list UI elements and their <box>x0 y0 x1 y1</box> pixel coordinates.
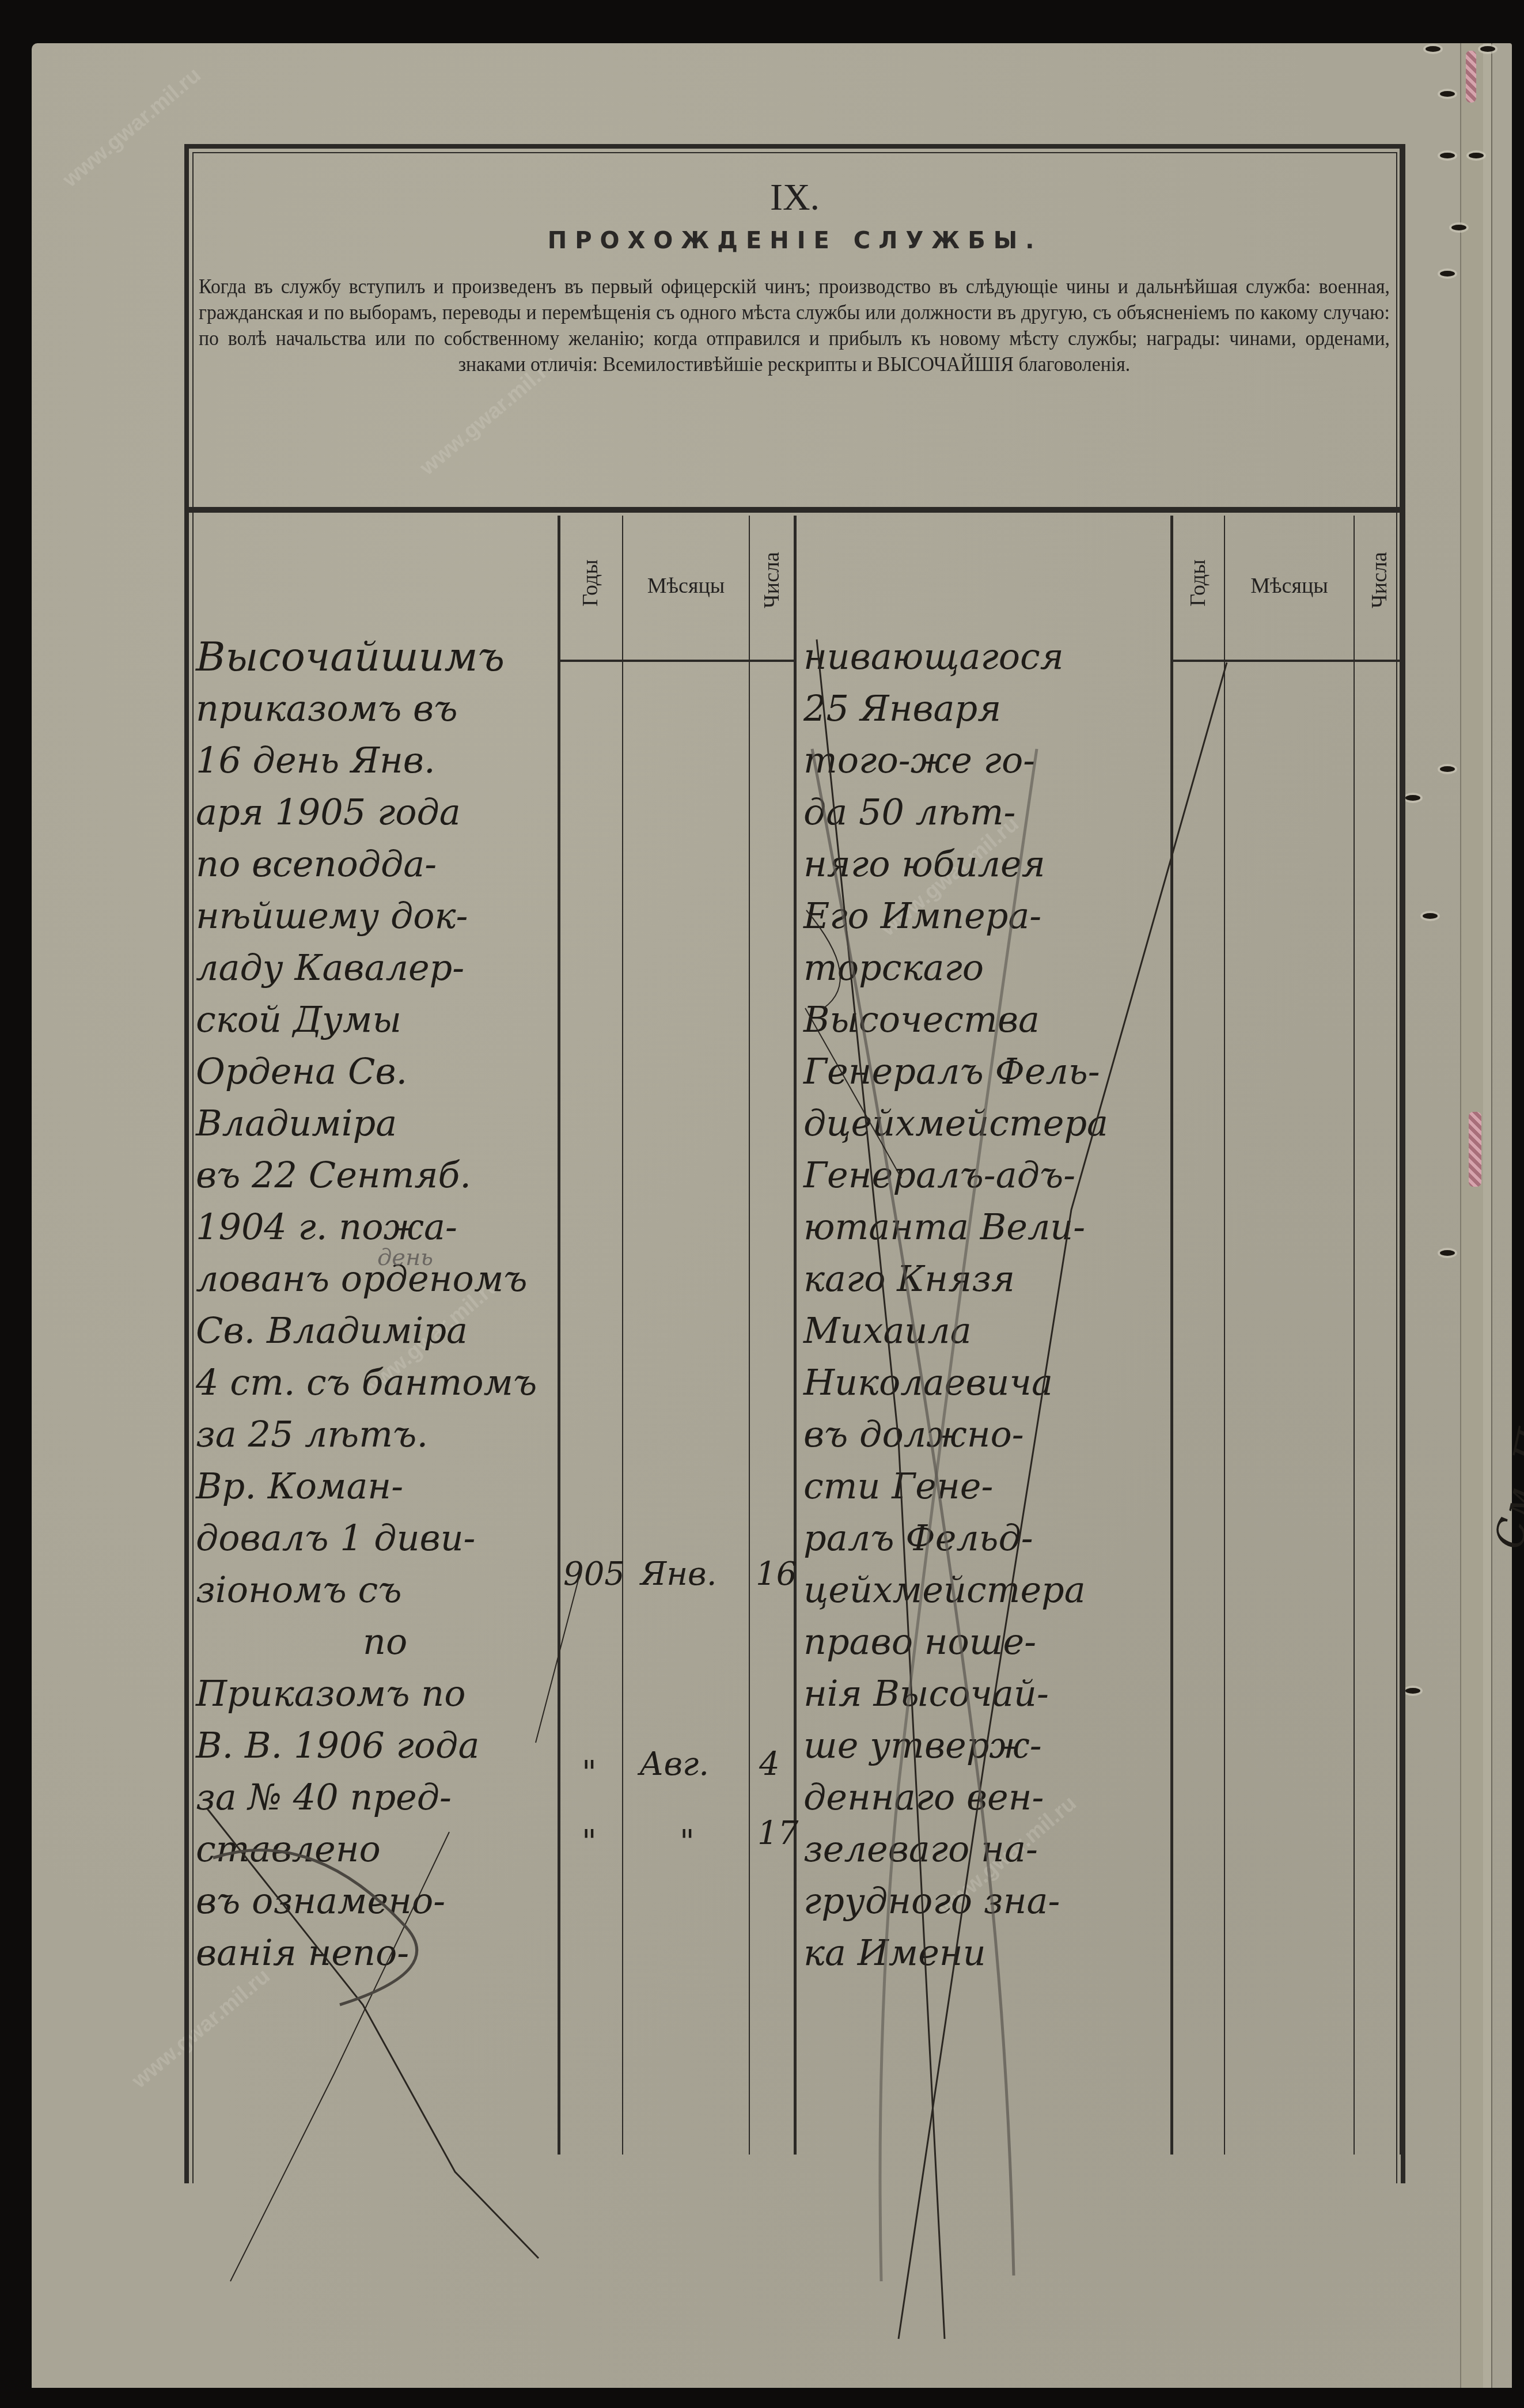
handwritten-line: 16 день Янв. <box>196 734 564 786</box>
handwritten-line: няго юбилея <box>803 838 1184 890</box>
handwritten-line: за 25 лѣтъ. <box>196 1409 564 1460</box>
binding-thread <box>1466 51 1476 103</box>
handwritten-line: деннаго вен- <box>803 1771 1184 1823</box>
handwritten-line: въ должно- <box>803 1409 1184 1460</box>
binding-hole <box>1405 795 1420 801</box>
column-header-days: Числа <box>759 551 784 609</box>
handwritten-line: въ 22 Сентяб. <box>196 1149 564 1201</box>
handwritten-line: Генералъ-адъ- <box>803 1149 1184 1201</box>
header-row-divider <box>1172 660 1402 662</box>
binding-hole <box>1451 225 1466 230</box>
date-month: Янв. <box>640 1555 717 1593</box>
handwritten-line: Владиміра <box>196 1097 564 1149</box>
form-right-border <box>1400 144 1404 2155</box>
handwritten-line: по <box>196 1616 564 1668</box>
handwritten-line: дцейхмейстера <box>803 1097 1184 1149</box>
binding-hole <box>1423 913 1438 919</box>
binding-hole <box>1469 153 1484 158</box>
column-divider <box>1224 516 1225 2155</box>
binding-hole <box>1426 46 1440 52</box>
date-year: " <box>582 1823 597 1861</box>
section-header: IX. ПРОХОЖДЕНІЕ СЛУЖБЫ. Когда въ службу … <box>184 144 1405 516</box>
handwritten-line: приказомъ въ <box>196 683 564 734</box>
binding-hole <box>1440 153 1455 158</box>
handwritten-line: Вр. Коман- <box>196 1460 564 1512</box>
date-day: 17 <box>757 1815 798 1852</box>
column-divider <box>794 516 797 2155</box>
handwritten-line: ралъ Фельд- <box>803 1512 1184 1564</box>
binding-edge <box>1483 43 1492 2388</box>
date-year: 905 <box>563 1555 625 1593</box>
column-header-years: Годы <box>1185 554 1211 612</box>
handwritten-line: Св. Владиміра <box>196 1305 564 1357</box>
handwritten-line: нія Высочай- <box>803 1668 1184 1720</box>
handwritten-line: Николаевича <box>803 1357 1184 1409</box>
column-header-years: Годы <box>578 554 603 612</box>
handwritten-line: довалъ 1 диви- <box>196 1512 564 1564</box>
binding-hole <box>1440 271 1455 277</box>
handwritten-line: ка Имени <box>803 1927 1184 1979</box>
date-month: Авг. <box>639 1746 709 1783</box>
handwritten-line: нѣйшему док- <box>196 890 564 942</box>
handwritten-line: по всеподда- <box>196 838 564 890</box>
handwritten-line: 4 ст. съ бантомъ <box>196 1357 564 1409</box>
handwritten-line: того-же го- <box>803 734 1184 786</box>
handwritten-line: Приказомъ по <box>196 1668 564 1720</box>
pencil-annotation: день <box>377 1244 433 1271</box>
section-number: IX. <box>184 176 1405 219</box>
binding-strip <box>1460 43 1485 2388</box>
column-header-months: Мѣсяцы <box>623 573 749 599</box>
header-divider <box>184 507 1405 513</box>
handwritten-line: ставлено <box>196 1823 564 1875</box>
binding-hole <box>1440 766 1455 772</box>
handwritten-line: Высочайшимъ <box>196 631 564 683</box>
handwritten-line: Михаила <box>803 1305 1184 1357</box>
handwritten-line: каго Князя <box>803 1253 1184 1305</box>
handwritten-line: нивающагося <box>803 631 1184 683</box>
handwritten-line: торскаго <box>803 942 1184 994</box>
binding-hole <box>1440 91 1455 97</box>
handwritten-line: зіономъ съ <box>196 1564 564 1616</box>
column-header-days: Числа <box>1367 551 1392 609</box>
handwritten-line: аря 1905 года <box>196 786 564 838</box>
handwritten-line: 25 Января <box>803 683 1184 734</box>
left-entry-text: Высочайшимъ приказомъ въ 16 день Янв. ар… <box>196 631 564 1979</box>
handwritten-line: въ ознамено- <box>196 1875 564 1927</box>
handwritten-line: ютанта Вели- <box>803 1201 1184 1253</box>
handwritten-line: ладу Кавалер- <box>196 942 564 994</box>
date-day: 4 <box>759 1746 780 1783</box>
handwritten-line: Ордена Св. <box>196 1046 564 1097</box>
handwritten-line: за № 40 пред- <box>196 1771 564 1823</box>
handwritten-line: грудного зна- <box>803 1875 1184 1927</box>
handwritten-line: Генералъ Фель- <box>803 1046 1184 1097</box>
binding-hole <box>1480 46 1495 52</box>
handwritten-line: В. В. 1906 года <box>196 1720 564 1771</box>
section-description: Когда въ службу вступилъ и произведенъ в… <box>199 274 1390 377</box>
column-divider <box>622 516 623 2155</box>
date-day: 16 <box>756 1555 797 1593</box>
handwritten-line: ской Думы <box>196 994 564 1046</box>
column-divider <box>749 516 750 2155</box>
handwritten-line: сти Гене- <box>803 1460 1184 1512</box>
binding-hole <box>1405 1688 1420 1694</box>
handwritten-line: цейхмейстера <box>803 1564 1184 1616</box>
handwritten-line: ванія непо- <box>196 1927 564 1979</box>
date-year: " <box>582 1754 597 1792</box>
handwritten-line: Высочества <box>803 994 1184 1046</box>
binding-thread <box>1469 1112 1481 1187</box>
binding-hole <box>1440 1250 1455 1256</box>
handwritten-line: да 50 лѣт- <box>803 786 1184 838</box>
column-header-months: Мѣсяцы <box>1225 573 1354 599</box>
column-divider <box>1354 516 1355 2155</box>
section-title: ПРОХОЖДЕНІЕ СЛУЖБЫ. <box>184 228 1405 254</box>
handwritten-line: зелеваго на- <box>803 1823 1184 1875</box>
right-entry-text: нивающагося 25 Января того-же го- да 50 … <box>803 631 1184 1979</box>
handwritten-line: ше утверж- <box>803 1720 1184 1771</box>
date-month: " <box>680 1823 695 1861</box>
handwritten-line: право ноше- <box>803 1616 1184 1668</box>
form-left-border <box>184 144 189 2155</box>
header-row-divider <box>559 660 795 662</box>
handwritten-line: Его Импера- <box>803 890 1184 942</box>
